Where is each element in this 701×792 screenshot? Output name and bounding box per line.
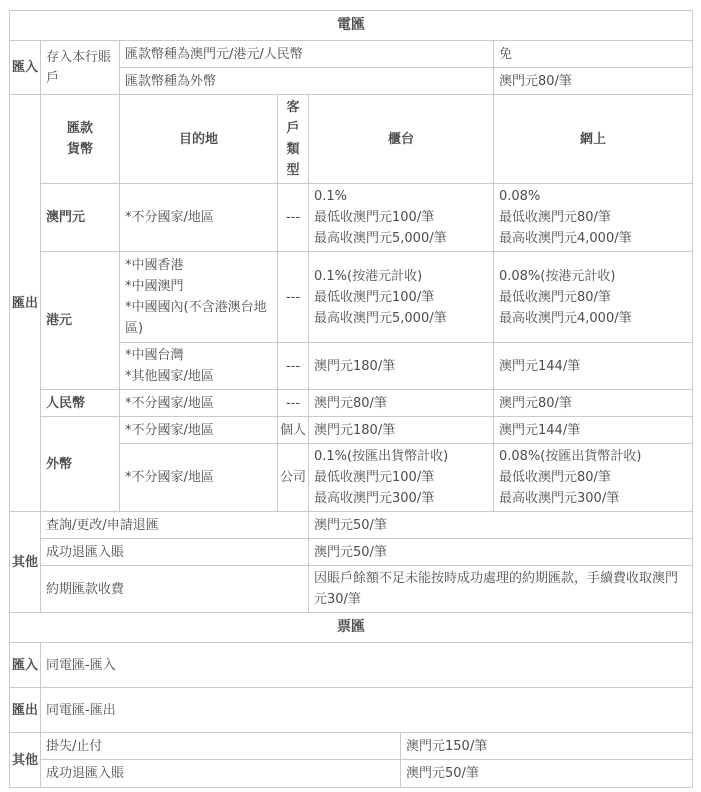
col-header-online: 網上 <box>494 95 693 184</box>
col-header-customer-type: 客 戶 類 型 <box>278 95 309 184</box>
wire-outward-row-fx-1: 外幣 *不分國家/地區 個人 澳門元180/筆 澳門元144/筆 <box>10 417 693 444</box>
wire-outward-row-mop: 澳門元 *不分國家/地區 --- 0.1% 最低收澳門元100/筆 最高收澳門元… <box>10 184 693 252</box>
row-label-wire-inward: 匯入 <box>10 41 41 95</box>
cell-other-fee: 澳門元50/筆 <box>401 760 693 788</box>
cell-destination: *不分國家/地區 <box>120 184 278 252</box>
cell-destination: *不分國家/地區 <box>120 417 278 444</box>
draft-inward-row: 匯入 同電匯-匯入 <box>10 643 693 688</box>
cell-draft-inward-desc: 同電匯-匯入 <box>41 643 693 688</box>
cell-counter-fee: 0.1%(按港元計收) 最低收澳門元100/筆 最高收澳門元5,000/筆 <box>309 252 494 343</box>
wire-other-row-3: 約期匯款收費 因賬戶餘額不足未能按時成功處理的約期匯款，手續費收取澳門元30/筆 <box>10 566 693 613</box>
cell-destination: *中國香港 *中國澳門 *中國國內(不含港澳台地區) <box>120 252 278 343</box>
remittance-fee-table: 電匯 匯入 存入本行賬戶 匯款幣種為澳門元/港元/人民幣 免 匯款幣種為外幣 澳… <box>9 10 693 788</box>
draft-other-row-2: 成功退匯入賬 澳門元50/筆 <box>10 760 693 788</box>
cell-destination: *不分國家/地區 <box>120 390 278 417</box>
cell-customer-type: --- <box>278 343 309 390</box>
cell-other-item: 掛失/止付 <box>41 733 401 760</box>
cell-other-item: 約期匯款收費 <box>41 566 309 613</box>
section-title-draft: 票匯 <box>10 613 693 643</box>
draft-outward-row: 匯出 同電匯-匯出 <box>10 688 693 733</box>
cell-online-fee: 澳門元144/筆 <box>494 343 693 390</box>
cell-other-fee: 澳門元50/筆 <box>309 539 693 566</box>
cell-online-fee: 澳門元80/筆 <box>494 390 693 417</box>
wire-other-row-2: 成功退匯入賬 澳門元50/筆 <box>10 539 693 566</box>
cell-customer-type: 個人 <box>278 417 309 444</box>
col-header-counter: 櫃台 <box>309 95 494 184</box>
section-title-wire: 電匯 <box>10 11 693 41</box>
cell-inward-desc: 匯款幣種為外幣 <box>120 68 494 95</box>
col-header-destination: 目的地 <box>120 95 278 184</box>
cell-customer-type: --- <box>278 184 309 252</box>
row-label-wire-other: 其他 <box>10 512 41 613</box>
cell-online-fee: 澳門元144/筆 <box>494 417 693 444</box>
row-label-draft-other: 其他 <box>10 733 41 788</box>
cell-counter-fee: 0.1%(按匯出貨幣計收) 最低收澳門元100/筆 最高收澳門元300/筆 <box>309 444 494 512</box>
col-header-currency: 匯款 貨幣 <box>41 95 120 184</box>
draft-title-row: 票匯 <box>10 613 693 643</box>
row-label-wire-outward: 匯出 <box>10 95 41 512</box>
cell-other-fee: 澳門元50/筆 <box>309 512 693 539</box>
cell-currency: 港元 <box>41 252 120 390</box>
draft-other-row-1: 其他 掛失/止付 澳門元150/筆 <box>10 733 693 760</box>
cell-inward-desc: 匯款幣種為澳門元/港元/人民幣 <box>120 41 494 68</box>
wire-outward-row-hkd-1: 港元 *中國香港 *中國澳門 *中國國內(不含港澳台地區) --- 0.1%(按… <box>10 252 693 343</box>
cell-other-item: 成功退匯入賬 <box>41 760 401 788</box>
row-label-draft-outward: 匯出 <box>10 688 41 733</box>
row-label-draft-inward: 匯入 <box>10 643 41 688</box>
cell-inward-fee: 免 <box>494 41 693 68</box>
wire-outward-header-row: 匯出 匯款 貨幣 目的地 客 戶 類 型 櫃台 網上 <box>10 95 693 184</box>
cell-online-fee: 0.08%(按匯出貨幣計收) 最低收澳門元80/筆 最高收澳門元300/筆 <box>494 444 693 512</box>
cell-customer-type: --- <box>278 390 309 417</box>
cell-counter-fee: 0.1% 最低收澳門元100/筆 最高收澳門元5,000/筆 <box>309 184 494 252</box>
wire-inward-row-1: 匯入 存入本行賬戶 匯款幣種為澳門元/港元/人民幣 免 <box>10 41 693 68</box>
cell-draft-outward-desc: 同電匯-匯出 <box>41 688 693 733</box>
cell-destination: *中國台灣 *其他國家/地區 <box>120 343 278 390</box>
cell-other-fee: 因賬戶餘額不足未能按時成功處理的約期匯款，手續費收取澳門元30/筆 <box>309 566 693 613</box>
cell-other-item: 查詢/更改/申請退匯 <box>41 512 309 539</box>
cell-counter-fee: 澳門元180/筆 <box>309 417 494 444</box>
cell-other-fee: 澳門元150/筆 <box>401 733 693 760</box>
cell-counter-fee: 澳門元180/筆 <box>309 343 494 390</box>
cell-account-type: 存入本行賬戶 <box>41 41 120 95</box>
cell-counter-fee: 澳門元80/筆 <box>309 390 494 417</box>
cell-currency: 澳門元 <box>41 184 120 252</box>
cell-currency: 人民幣 <box>41 390 120 417</box>
cell-currency: 外幣 <box>41 417 120 512</box>
cell-other-item: 成功退匯入賬 <box>41 539 309 566</box>
cell-destination: *不分國家/地區 <box>120 444 278 512</box>
cell-inward-fee: 澳門元80/筆 <box>494 68 693 95</box>
cell-online-fee: 0.08% 最低收澳門元80/筆 最高收澳門元4,000/筆 <box>494 184 693 252</box>
cell-customer-type: --- <box>278 252 309 343</box>
cell-customer-type: 公司 <box>278 444 309 512</box>
cell-online-fee: 0.08%(按港元計收) 最低收澳門元80/筆 最高收澳門元4,000/筆 <box>494 252 693 343</box>
wire-title-row: 電匯 <box>10 11 693 41</box>
wire-outward-row-rmb: 人民幣 *不分國家/地區 --- 澳門元80/筆 澳門元80/筆 <box>10 390 693 417</box>
wire-other-row-1: 其他 查詢/更改/申請退匯 澳門元50/筆 <box>10 512 693 539</box>
